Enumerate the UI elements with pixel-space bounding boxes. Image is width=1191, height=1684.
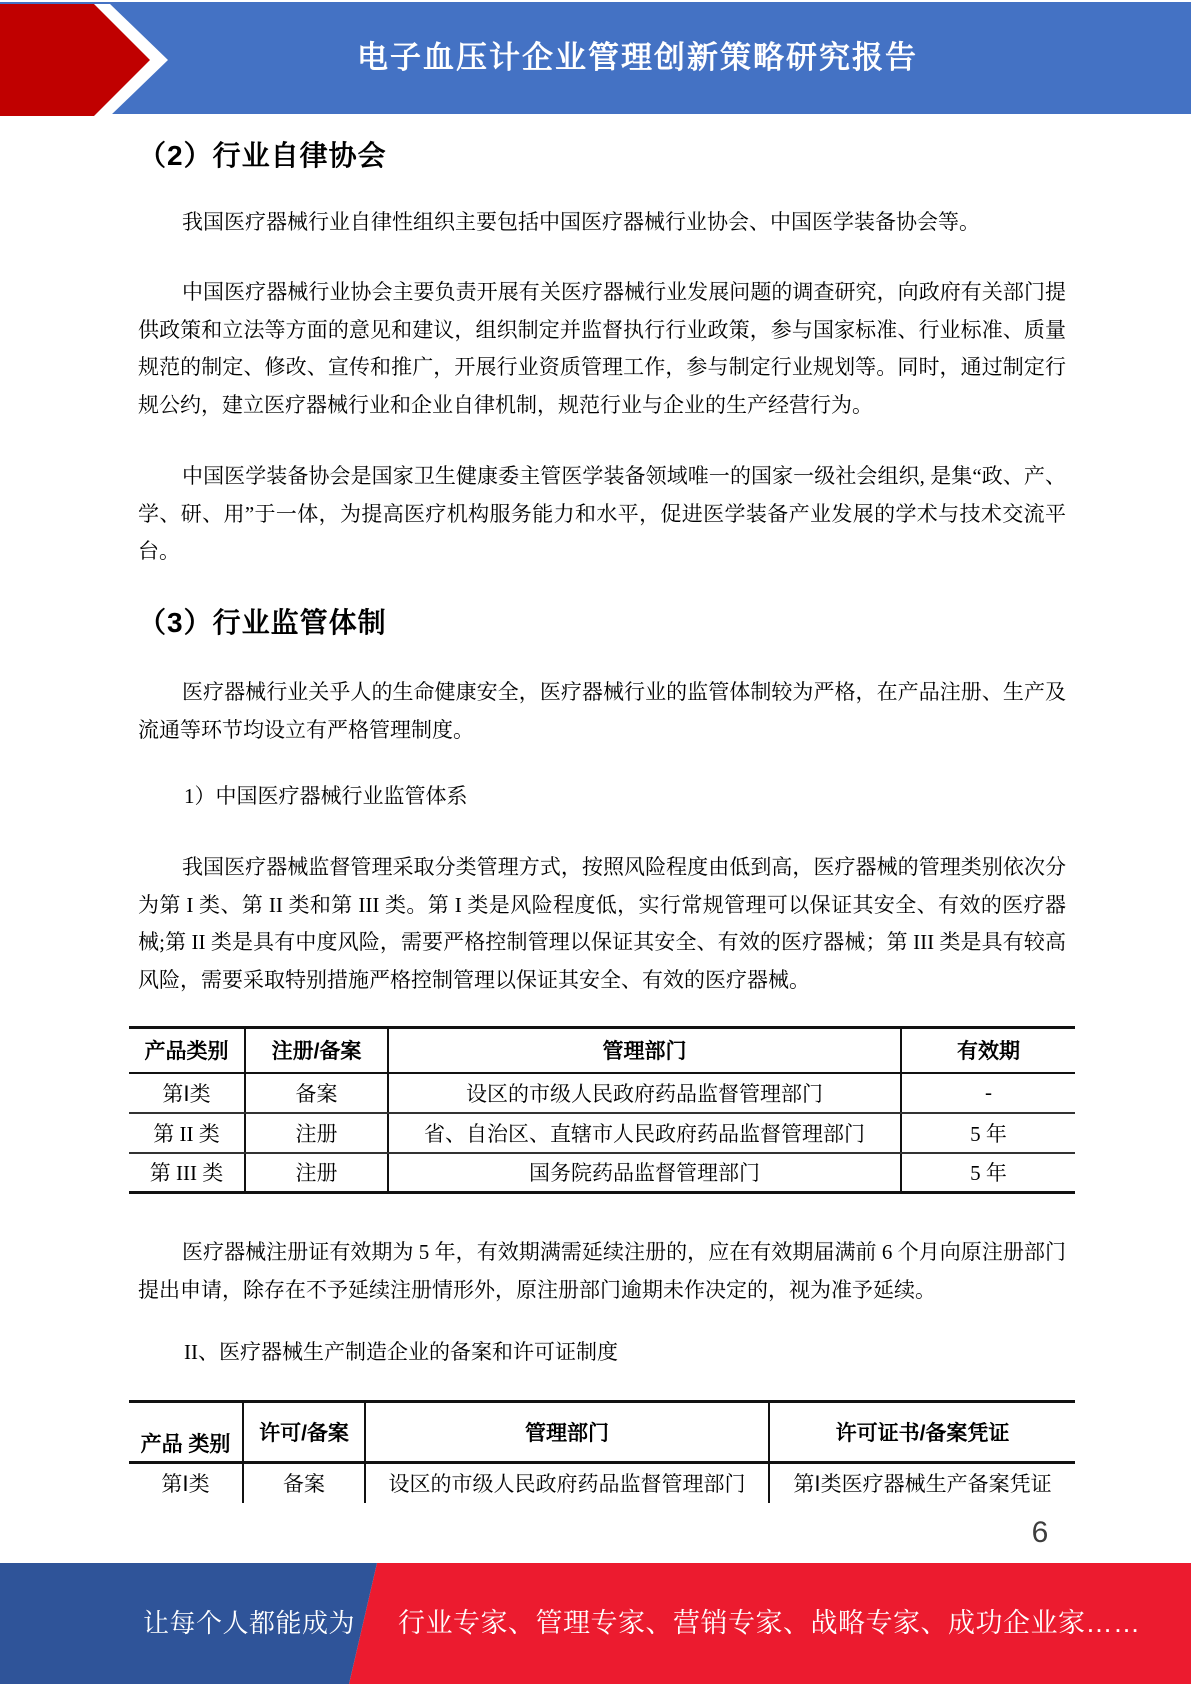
column-header: 注册/备案 [245, 1028, 388, 1073]
table-cell: - [901, 1073, 1075, 1113]
section-heading-3: （3）行业监管体制 [138, 601, 387, 641]
table-cell: 国务院药品监督管理部门 [388, 1153, 901, 1193]
table-cell: 省、自治区、直辖市人民政府药品监督管理部门 [388, 1113, 901, 1153]
table-cell: 第Ⅰ类医疗器械生产备案凭证 [769, 1463, 1075, 1503]
subheading-license-system: II、医疗器械生产制造企业的备案和许可证制度 [184, 1336, 618, 1366]
footer-slogan-right: 行业专家、管理专家、营销专家、战略专家、成功企业家…… [398, 1563, 1141, 1684]
paragraph-6: 医疗器械注册证有效期为 5 年，有效期满需延续注册的，应在有效期届满前 6 个月… [138, 1234, 1066, 1309]
column-header: 产品类别 [129, 1028, 245, 1073]
footer-slogan-left: 让每个人都能成为 [143, 1563, 355, 1684]
device-classification-table: 产品类别 注册/备案 管理部门 有效期 第Ⅰ类 备案 设区的市级人民政府药品监督… [129, 1026, 1075, 1194]
paragraph-5: 我国医疗器械监督管理采取分类管理方式，按照风险程度由低到高，医疗器械的管理类别依… [138, 849, 1066, 999]
paragraph-3: 中国医学装备协会是国家卫生健康委主管医学装备领域唯一的国家一级社会组织, 是集“… [138, 458, 1066, 571]
production-license-table: 产品 类别 许可/备案 管理部门 许可证书/备案凭证 第Ⅰ类 备案 设区的市级人… [129, 1400, 1075, 1503]
table-cell: 备案 [245, 1073, 388, 1113]
page-number: 6 [1014, 1516, 1066, 1550]
paragraph-4: 医疗器械行业关乎人的生命健康安全，医疗器械行业的监管体制较为严格，在产品注册、生… [138, 674, 1066, 749]
footer-banner: 让每个人都能成为 行业专家、管理专家、营销专家、战略专家、成功企业家…… [0, 1563, 1191, 1684]
table-row: 第Ⅰ类 备案 设区的市级人民政府药品监督管理部门 第Ⅰ类医疗器械生产备案凭证 [129, 1463, 1075, 1503]
paragraph-1: 我国医疗器械行业自律性组织主要包括中国医疗器械行业协会、中国医学装备协会等。 [138, 204, 1066, 242]
table-cell: 5 年 [901, 1113, 1075, 1153]
paragraph-2: 中国医疗器械行业协会主要负责开展有关医疗器械行业发展问题的调查研究，向政府有关部… [138, 274, 1066, 424]
table-cell: 第Ⅰ类 [129, 1073, 245, 1113]
column-header: 管理部门 [388, 1028, 901, 1073]
column-header: 许可/备案 [243, 1402, 365, 1463]
table-cell: 第 III 类 [129, 1153, 245, 1193]
table-row: 第 III 类 注册 国务院药品监督管理部门 5 年 [129, 1153, 1075, 1193]
table-cell: 第 II 类 [129, 1113, 245, 1153]
report-title: 电子血压计企业管理创新策略研究报告 [0, 2, 1191, 114]
table-row: 第Ⅰ类 备案 设区的市级人民政府药品监督管理部门 - [129, 1073, 1075, 1113]
section-heading-2: （2）行业自律协会 [138, 134, 387, 174]
column-header: 有效期 [901, 1028, 1075, 1073]
document-page: 电子血压计企业管理创新策略研究报告 （2）行业自律协会 我国医疗器械行业自律性组… [0, 0, 1191, 1684]
table-cell: 设区的市级人民政府药品监督管理部门 [365, 1463, 769, 1503]
table-cell: 备案 [243, 1463, 365, 1503]
table-cell: 注册 [245, 1113, 388, 1153]
column-header: 许可证书/备案凭证 [769, 1402, 1075, 1463]
table-header-row: 产品类别 注册/备案 管理部门 有效期 [129, 1028, 1075, 1073]
table-cell: 5 年 [901, 1153, 1075, 1193]
table-cell: 设区的市级人民政府药品监督管理部门 [388, 1073, 901, 1113]
table-cell: 注册 [245, 1153, 388, 1193]
column-header: 管理部门 [365, 1402, 769, 1463]
header-banner: 电子血压计企业管理创新策略研究报告 [0, 2, 1191, 114]
column-header: 产品 类别 [129, 1402, 243, 1463]
table-cell: 第Ⅰ类 [129, 1463, 243, 1503]
subheading-regulation-system: 1）中国医疗器械行业监管体系 [184, 780, 468, 810]
table-row: 第 II 类 注册 省、自治区、直辖市人民政府药品监督管理部门 5 年 [129, 1113, 1075, 1153]
table-header-row: 产品 类别 许可/备案 管理部门 许可证书/备案凭证 [129, 1402, 1075, 1463]
